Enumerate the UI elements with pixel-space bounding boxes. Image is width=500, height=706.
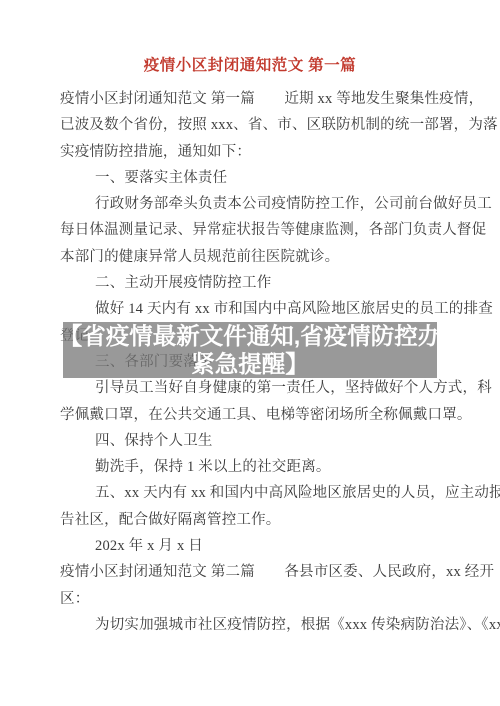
- document-page: 疫情小区封闭通知范文 第一篇 疫情小区封闭通知范文 第一篇 近期 xx 等地发生…: [0, 0, 500, 706]
- document-line: 已波及数个省份，按照 xxx、省、市、区联防机制的统一部署，为落: [60, 112, 440, 138]
- document-line: 实疫情防控措施，通知如下：: [60, 139, 440, 165]
- document-line: 一、要落实主体责任: [60, 165, 440, 191]
- document-title: 疫情小区封闭通知范文 第一篇: [0, 52, 500, 79]
- document-line: 做好 14 天内有 xx 市和国内中高风险地区旅居史的员工的排查: [60, 296, 440, 322]
- document-line: 202x 年 x 月 x 日: [60, 533, 440, 559]
- document-line: 行政财务部牵头负责本公司疫情防控工作，公司前台做好员工: [60, 191, 440, 217]
- document-line: 四、保持个人卫生: [60, 428, 440, 454]
- overlay-banner-text-line2: 紧急提醒】: [191, 350, 309, 378]
- document-line: 引导员工当好自身健康的第一责任人，坚持做好个人方式，科: [60, 375, 440, 401]
- overlay-banner: 【省疫情最新文件通知,省疫情防控办 紧急提醒】: [63, 322, 437, 378]
- document-line: 告社区，配合做好隔离管控工作。: [60, 507, 440, 533]
- document-line: 学佩戴口罩，在公共交通工具、电梯等密闭场所全称佩戴口罩。: [60, 402, 440, 428]
- document-line: 为切实加强城市社区疫情防控，根据《xxx 传染病防治法》、《xxx: [60, 612, 440, 638]
- document-line: 疫情小区封闭通知范文 第二篇 各县市区委、人民政府，xx 经开: [60, 559, 440, 585]
- document-line: 本部门的健康异常人员规范前往医院就诊。: [60, 244, 440, 270]
- document-line: 区：: [60, 586, 440, 612]
- overlay-banner-text-line1: 【省疫情最新文件通知,省疫情防控办: [59, 322, 442, 350]
- document-line: 五、xx 天内有 xx 和国内中高风险地区旅居史的人员，应主动报: [60, 480, 440, 506]
- document-line: 二、主动开展疫情防控工作: [60, 270, 440, 296]
- document-line: 勤洗手，保持 1 米以上的社交距离。: [60, 454, 440, 480]
- document-line: 疫情小区封闭通知范文 第一篇 近期 xx 等地发生聚集性疫情，: [60, 86, 440, 112]
- document-line: 每日体温测量记录、异常症状报告等健康监测，各部门负责人督促: [60, 217, 440, 243]
